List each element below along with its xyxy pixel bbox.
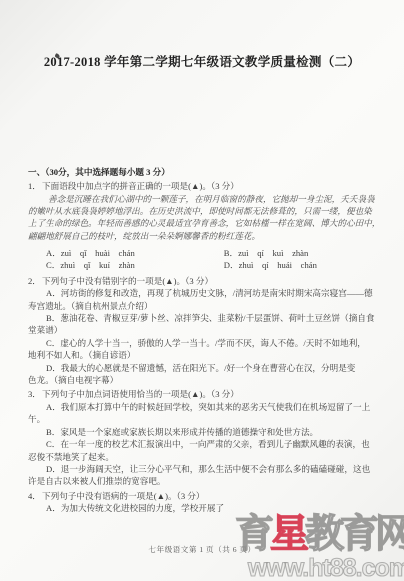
question-1-text: 下面语段中加点字的拼音正确的一项是(▲)。（3 分）	[42, 181, 239, 191]
pinyin-option-row: C．zhuì qǐ kuí zhàn D．zhuì qí huái chán	[28, 259, 384, 271]
exam-body: 一、（30分，其中选择题每小题 3 分） 1．下面语段中加点字的拼音正确的一项是…	[28, 166, 384, 515]
question-3: 3．下列句子中加点词语使用恰当的一项是(▲)。（3 分） A．我们原本打算中午的…	[28, 388, 384, 487]
page-footer: 七年级语文第 1 页（共 6 页）	[0, 544, 404, 555]
option-d: D．zhuì qí huái chán	[224, 259, 384, 271]
section-header: 一、（30分，其中选择题每小题 3 分）	[28, 166, 384, 178]
passage-line: 翩翩地舒展自己的枝叶，绽放出一朵朵婀娜馨香的粉红莲花。	[28, 230, 384, 242]
question-1-number: 1．	[28, 180, 42, 192]
passage-line: 善念是沉睡在我们心湖中的一颗莲子，在明月临窗的静夜，它抛却一身尘泥，夭夭袅袅	[28, 193, 384, 205]
question-1: 1．下面语段中加点字的拼音正确的一项是(▲)。（3 分） 善念是沉睡在我们心湖中…	[28, 180, 384, 271]
pinyin-option-row: A．zuì qǐ huài chán B．zuì qí kuì zhàn	[28, 247, 384, 259]
option-a-line: A．河坊街的修复和改造，再现了杭城历史文脉，/清河坊是南宋时期宋高宗寝宫——德	[28, 287, 384, 299]
question-4: 4．下列句子中没有语病的一项是(▲)。（3 分） A．为加大传统文化进校园的力度…	[28, 490, 384, 515]
option-c: C．zhuì qǐ kuí zhàn	[28, 259, 224, 271]
question-4-stem: 4．下列句子中没有语病的一项是(▲)。（3 分）	[28, 490, 384, 502]
scanned-exam-page: 2017-2018 学年第二学期七年级语文教学质量检测（二） 一、（30分，其中…	[0, 0, 404, 581]
option-a-line: A．为加大传统文化进校园的力度，学校开展了	[28, 502, 384, 514]
option-c-line: C．在一年一度的校艺术汇报演出中，一向严肃的父亲，看到儿子幽默风趣的表演，也	[28, 438, 384, 450]
question-3-stem: 3．下列句子中加点词语使用恰当的一项是(▲)。（3 分）	[28, 388, 384, 400]
watermark-url: www.ht88.com	[214, 555, 404, 581]
option-b: B．zuì qí kuì zhàn	[224, 247, 384, 259]
question-2-stem: 2．下列句子中没有错别字的一项是(▲)。（3 分）	[28, 275, 384, 287]
option-c-line: 地利不如人和。（摘自谚语）	[28, 349, 384, 361]
option-a: A．zuì qǐ huài chán	[28, 247, 224, 259]
option-a-line: A．我们原本打算中午的时候赶回学校，突如其来的恶劣天气使我们在机场逗留了一上	[28, 401, 384, 413]
question-1-stem: 1．下面语段中加点字的拼音正确的一项是(▲)。（3 分）	[28, 180, 384, 192]
option-b-line: 堂菜谱）	[28, 324, 384, 336]
question-4-number: 4．	[28, 490, 42, 502]
option-a-line: 午。	[28, 413, 384, 425]
option-d-line: D．退一步海阔天空，让三分心平气和，那么生活中便不会有那么多的磕磕碰碰，这也	[28, 463, 384, 475]
option-d-line: 色龙。（摘自电视字幕）	[28, 374, 384, 386]
option-b-line: B．葱油花卷、青椒豆芽/萝卜丝、凉拌笋尖、韭菜粉/千层蛋饼、荷叶土豆丝饼（摘自食	[28, 312, 384, 324]
option-b-line: B．家风是一个家庭或家族长期以来形成并传播的道德操守和处世方法。	[28, 426, 384, 438]
question-3-number: 3．	[28, 388, 42, 400]
option-a-line: 寿宫遗址。（摘自杭州景点介绍）	[28, 300, 384, 312]
option-d-line: 许是自古以来被人们推崇的宽容吧。	[28, 475, 384, 487]
option-c-line: 忍俊不禁地笑了起来。	[28, 451, 384, 463]
option-d-line: D．我最大的心愿就是不留遗憾，活在阳光下。/好一个身在曹营心在汉，分明是变	[28, 362, 384, 374]
question-2-text: 下列句子中没有错别字的一项是(▲)。（3 分）	[42, 276, 213, 286]
question-3-text: 下列句子中加点词语使用恰当的一项是(▲)。（3 分）	[42, 389, 239, 399]
question-2: 2．下列句子中没有错别字的一项是(▲)。（3 分） A．河坊街的修复和改造，再现…	[28, 275, 384, 387]
question-4-text: 下列句子中没有语病的一项是(▲)。（3 分）	[42, 491, 204, 501]
question-2-number: 2．	[28, 275, 42, 287]
passage-line: 的嫩叶从水底袅袅婷婷地浮出。在历史洪流中，即使时间都无法修葺的，只需一缕，便也染	[28, 205, 384, 217]
question-1-options: A．zuì qǐ huài chán B．zuì qí kuì zhàn C．z…	[28, 247, 384, 272]
passage-line: 上了生命的绿色。年轻而善感的心灵最适宜孕育善念，它如枯槿一样在宽阔、博大的心田中…	[28, 217, 384, 229]
option-c-line: C．虚心的人学十当一，骄傲的人学一当十。/学而不厌，诲人不倦。/天时不如地利，	[28, 337, 384, 349]
question-1-passage: 善念是沉睡在我们心湖中的一颗莲子，在明月临窗的静夜，它抛却一身尘泥，夭夭袅袅 的…	[28, 193, 384, 242]
page-title: 2017-2018 学年第二学期七年级语文教学质量检测（二）	[0, 52, 404, 70]
